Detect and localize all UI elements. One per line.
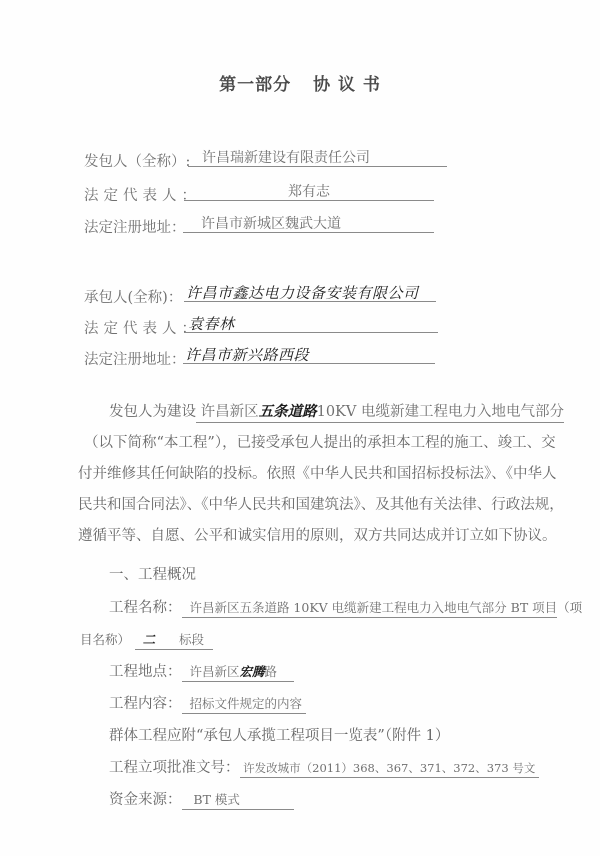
intro-line-4: 民共和国合同法》、《中华人民共和国建筑法》、及其他有关法律、行政法规， <box>78 498 564 513</box>
bid-section-suffix: 标段 <box>179 632 204 647</box>
intro-prefix: 发包人为建设 <box>109 404 196 420</box>
location-value-b: 路 <box>264 664 277 679</box>
intro-line-1: 发包人为建设 许昌新区五条道路10KV 电缆新建工程电力入地电气部分 <box>109 405 564 420</box>
intro-line-5: 遵循平等、自愿、公平和诚实信用的原则，双方共同达成并订立如下协议。 <box>78 529 557 544</box>
project-name-row: 工程名称： 许昌新区五条道路 10KV 电缆新建工程电力入地电气部分 BT 项目… <box>109 601 582 616</box>
employer-rep-field: 郑有志 <box>184 181 434 201</box>
contractor-address-field: 许昌市新兴路西段 <box>183 344 435 364</box>
approval-value: 许发改城市（2011）368、367、371、372、373 号文 <box>240 761 539 778</box>
location-label: 工程地点： <box>109 664 182 680</box>
employer-address-label: 法定注册地址： <box>84 216 186 237</box>
group-note: 群体工程应附“承包人承揽工程项目一览表”（附件 1） <box>109 729 449 744</box>
contractor-rep-value: 袁春林 <box>188 315 235 333</box>
intro-line-3: 付并维修其任何缺陷的投标。依照《中华人民共和国招标投标法》、《中华人 <box>78 467 557 482</box>
project-name-text: 许昌新区五条道路 10KV 电缆新建工程电力入地电气部分 BT 项目 <box>189 600 557 615</box>
location-value: 许昌新区宏腾路 <box>182 666 294 682</box>
location-row: 工程地点： 许昌新区宏腾路 <box>109 665 294 682</box>
section-1-heading: 一、工程概况 <box>109 568 196 583</box>
content-value-text: 招标文件规定的内容 <box>189 696 302 711</box>
title-part: 第一部分 <box>219 75 291 95</box>
content-row: 工程内容： 招标文件规定的内容 <box>109 697 306 712</box>
project-name-value: 许昌新区五条道路 10KV 电缆新建工程电力入地电气部分 BT 项目 <box>182 600 558 618</box>
project-name-label: 工程名称： <box>109 600 182 616</box>
intro-project-handwritten: 五条道路 <box>259 404 317 420</box>
employer-rep-value: 郑有志 <box>288 184 330 200</box>
employer-address-field: 许昌市新城区魏武大道 <box>183 213 434 233</box>
project-name-line2-prefix: 目名称） <box>80 632 130 647</box>
location-value-handwritten: 宏腾 <box>239 664 264 679</box>
intro-project-b: 10KV 电缆新建工程电力入地电气部分 <box>317 404 564 420</box>
funding-label: 资金来源： <box>109 792 182 808</box>
contractor-name-value: 许昌市鑫达电力设备安装有限公司 <box>186 284 419 302</box>
funding-value-text: BT 模式 <box>193 792 240 807</box>
employer-name-label: 发包人（全称）: <box>84 150 190 171</box>
intro-project-name: 许昌新区五条道路10KV 电缆新建工程电力入地电气部分 <box>196 404 564 423</box>
bid-section-value: 二 标段 <box>135 634 213 650</box>
employer-address-value: 许昌市新城区魏武大道 <box>201 216 341 232</box>
contractor-address-label: 法定注册地址： <box>84 348 186 369</box>
approval-label: 工程立项批准文号： <box>109 760 240 776</box>
bid-section-row: 目名称） 二 标段 <box>80 633 213 650</box>
funding-row: 资金来源： BT 模式 <box>109 793 294 810</box>
contractor-name-field: 许昌市鑫达电力设备安装有限公司 <box>184 282 436 302</box>
location-value-a: 许昌新区 <box>189 664 239 679</box>
bid-section-handwritten: 二 <box>143 632 156 647</box>
approval-value-text: 许发改城市（2011）368、367、371、372、373 号文 <box>243 761 535 775</box>
project-name-suffix: （项 <box>557 600 582 615</box>
contractor-address-value: 许昌市新兴路西段 <box>185 346 309 364</box>
contractor-name-label: 承包人(全称)： <box>84 286 182 307</box>
document-title: 第一部分协 议 书 <box>0 70 600 95</box>
intro-project-a: 许昌新区 <box>201 404 259 420</box>
content-label: 工程内容： <box>109 696 182 712</box>
title-name: 协 议 书 <box>313 75 381 95</box>
employer-name-value: 许昌瑞新建设有限责任公司 <box>202 150 370 166</box>
contractor-rep-field: 袁春林 <box>184 313 438 333</box>
employer-name-field: 许昌瑞新建设有限责任公司 <box>188 147 447 167</box>
content-value: 招标文件规定的内容 <box>182 696 306 714</box>
intro-line-2: （以下简称“本工程”），已接受承包人提出的承担本工程的施工、竣工、交 <box>84 436 556 451</box>
funding-value: BT 模式 <box>182 794 294 810</box>
contract-page: 第一部分协 议 书 发包人（全称）: 许昌瑞新建设有限责任公司 法定代表人： 郑… <box>0 0 600 856</box>
approval-row: 工程立项批准文号： 许发改城市（2011）368、367、371、372、373… <box>109 761 539 776</box>
